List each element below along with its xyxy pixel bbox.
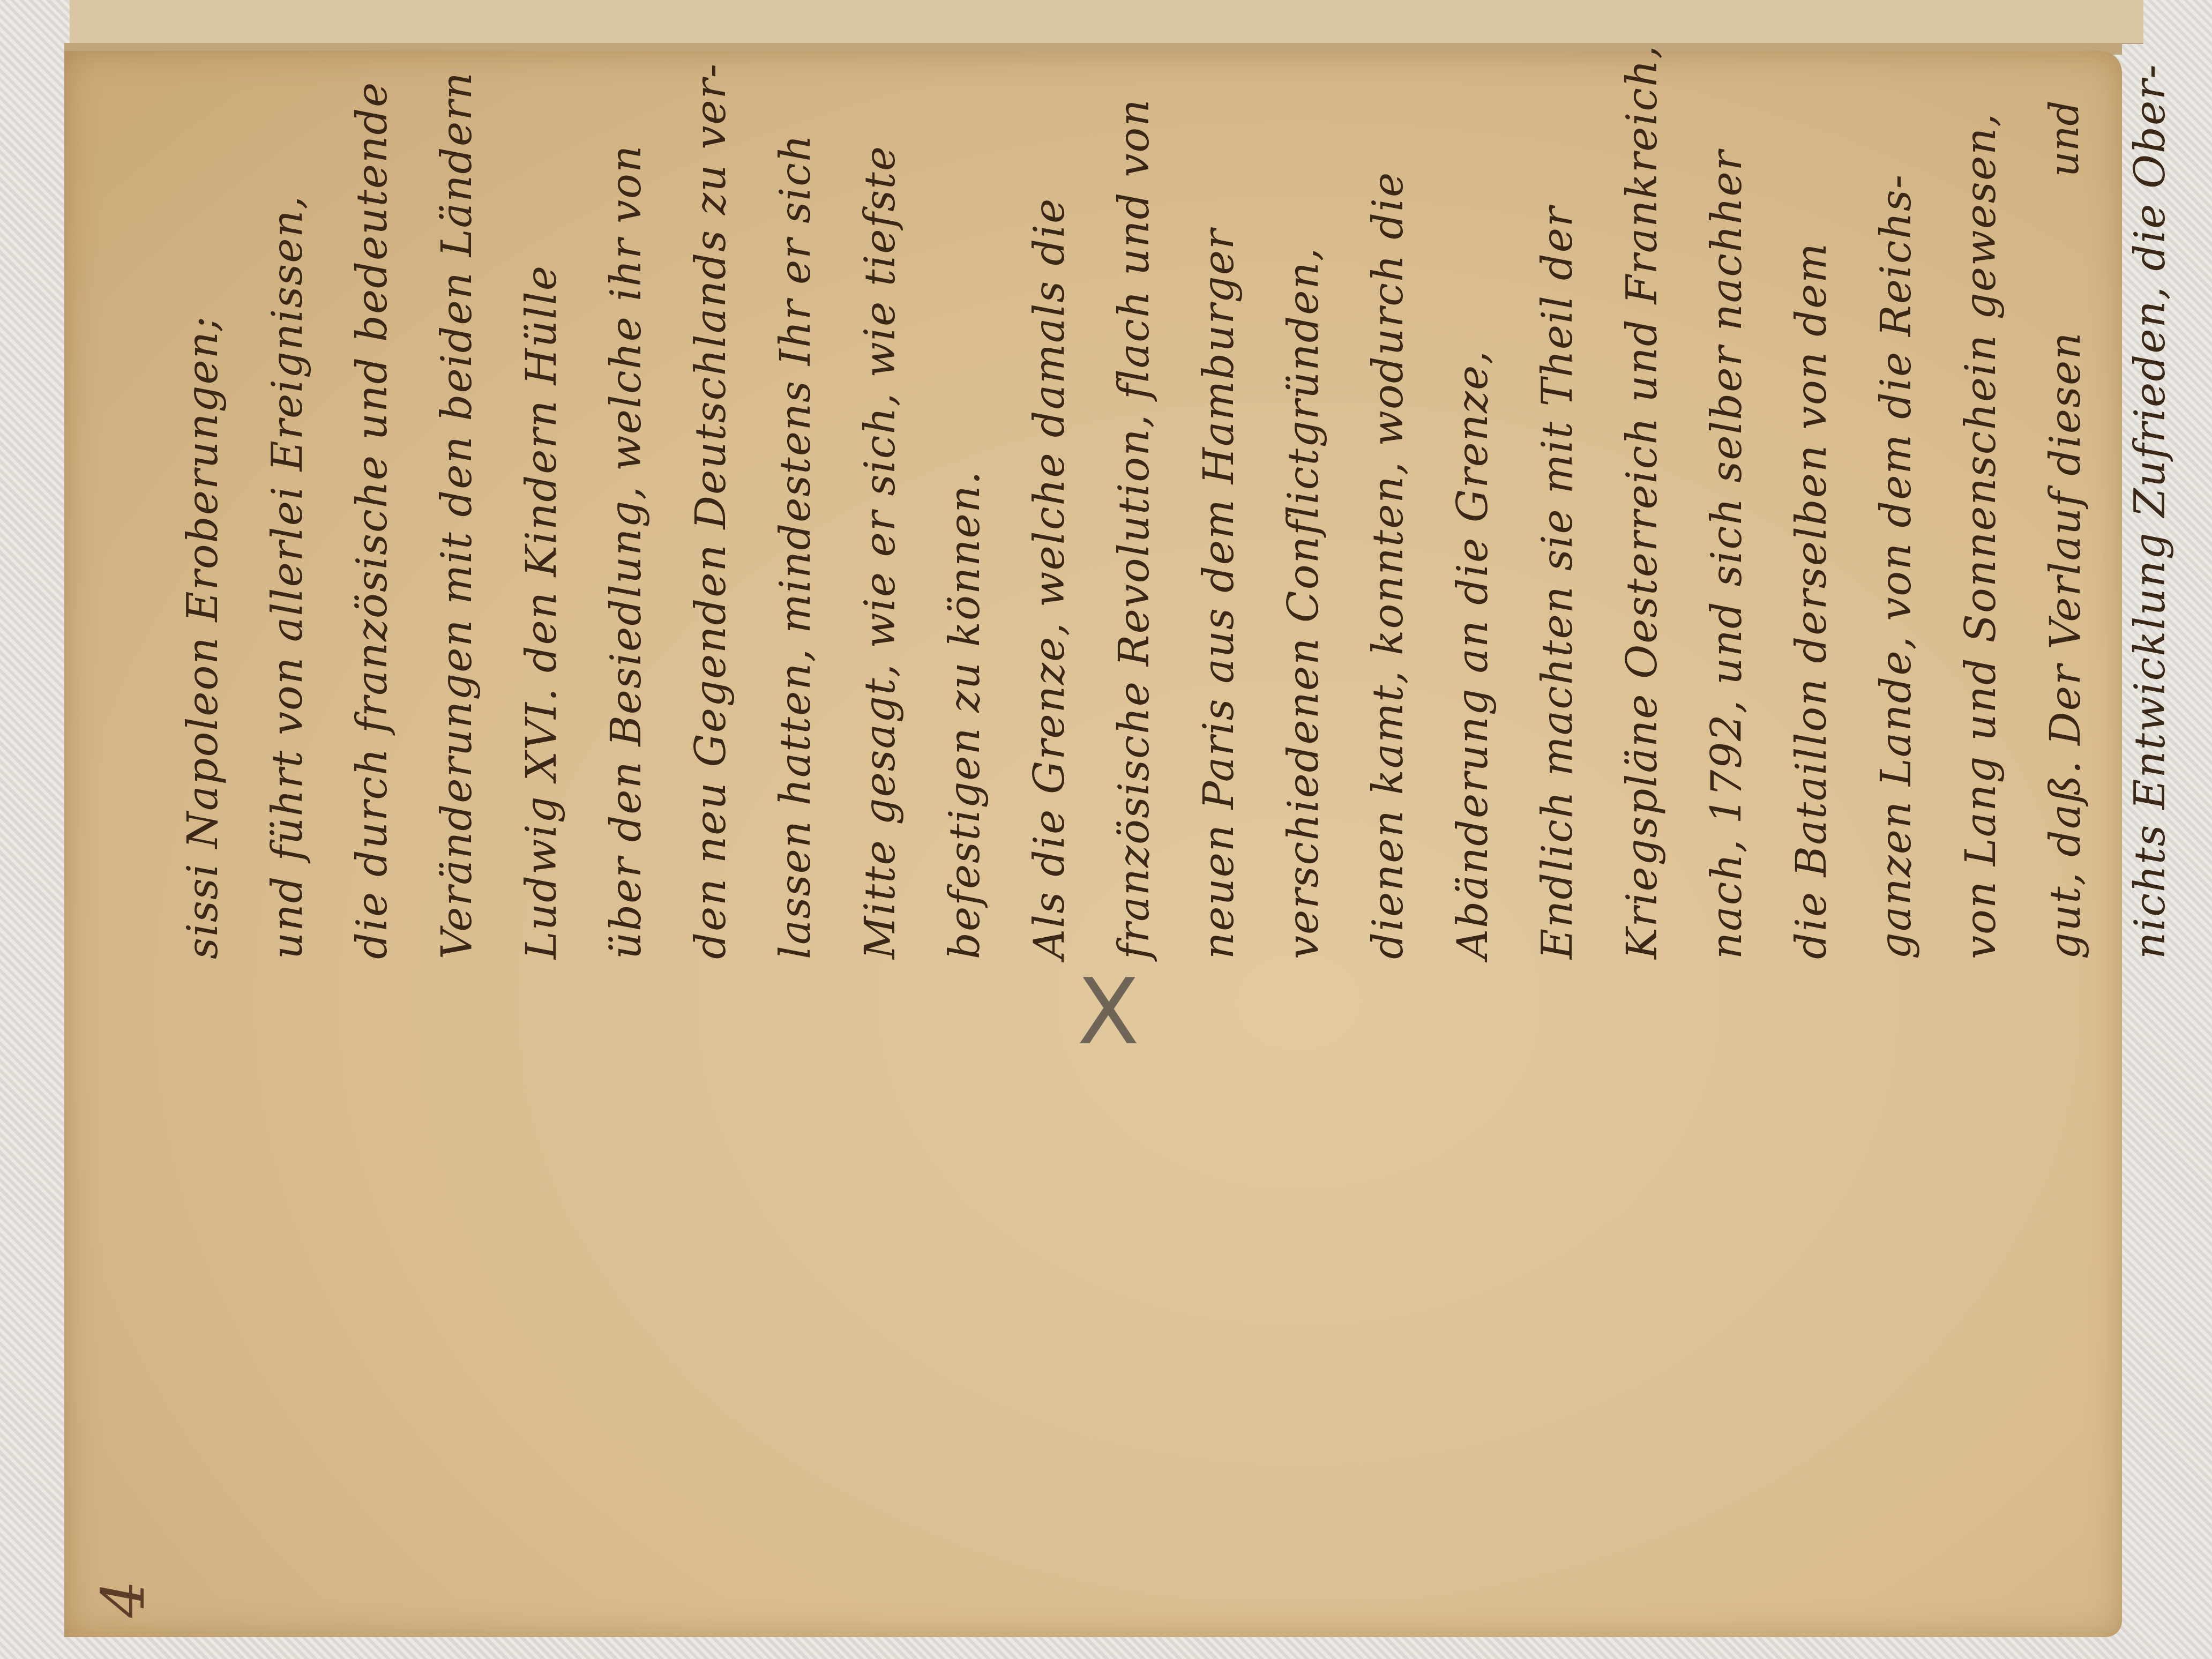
text-line: neuen Paris aus dem Hamburger [1177, 48, 1261, 959]
text-line: nichts Entwicklung Zufrieden, die Ober- [2108, 48, 2193, 959]
text-line: den neu Gegenden Deutschlands zu ver- [669, 48, 753, 959]
handwritten-text-block: sissi Napoleon Eroberungen; und führt vo… [161, 48, 1768, 959]
text-line: befestigen zu können. [923, 48, 1007, 959]
text-line: Endlich machten sie mit Theil der [1515, 48, 1600, 959]
text-line: Kriegspläne Oesterreich und Frankreich, [1600, 48, 1685, 959]
text-line: Ludwig XVI. den Kindern Hülle [499, 48, 584, 959]
text-line: gut, daß. Der Verlauf diesen [2023, 48, 2108, 959]
text-line: und führt von allerlei Ereignissen, [245, 48, 330, 959]
previous-page-edge [70, 0, 2143, 44]
catchword: und [2042, 100, 2088, 177]
text-line: Veränderungen mit den beiden Ländern [415, 48, 499, 959]
text-line: verschiedenen Conflictgründen, [1261, 48, 1346, 959]
page-number: 4 [89, 1580, 158, 1618]
text-line: lassen hatten, mindestens Ihr er sich [753, 48, 838, 959]
text-line: von Lang und Sonnenschein gewesen, [1939, 48, 2023, 959]
text-line: Als die Grenze, welche damals die [1007, 48, 1092, 959]
text-line: über den Besiedlung, welche ihr von [584, 48, 669, 959]
text-line: dienen kamt, konnten, wodurch die [1346, 48, 1431, 959]
text-line: ganzen Lande, von dem die Reichs- [1854, 48, 1939, 959]
text-line: Mitte gesagt, wie er sich, wie tiefste [838, 48, 923, 959]
text-line: Abänderung an die Grenze, [1431, 48, 1515, 959]
text-line: die Bataillon derselben von dem [1769, 48, 1854, 959]
text-line: die durch französische und bedeutende [330, 48, 415, 959]
pencil-x-mark: X [1077, 959, 1139, 1065]
text-line: nach, 1792, und sich selber nachher [1685, 48, 1769, 959]
text-line: französische Revolution, flach und von [1092, 48, 1177, 959]
text-line: sissi Napoleon Eroberungen; [161, 48, 245, 959]
